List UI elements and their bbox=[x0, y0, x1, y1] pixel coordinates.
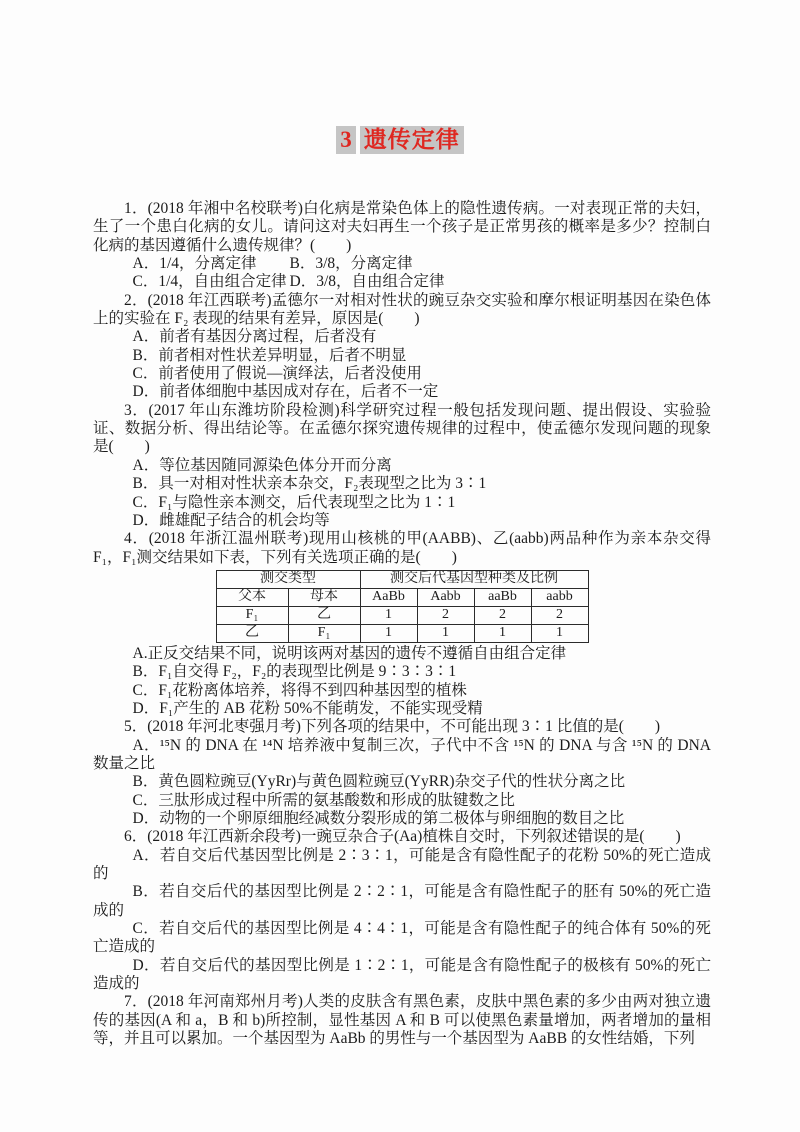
table-header: AaBb bbox=[360, 588, 417, 606]
table-row: F₁ 乙 1 2 2 2 bbox=[216, 606, 588, 624]
question-1-stem: 1．(2018 年湘中名校联考)白化病是常染色体上的隐性遗传病。一对表现正常的夫… bbox=[93, 200, 711, 255]
question-3-option-c: C．F₁与隐性亲本测交，后代表现型之比为 1∶1 bbox=[93, 494, 711, 512]
table-header: aabb bbox=[531, 588, 588, 606]
table-group-header: 测交类型 bbox=[216, 570, 360, 588]
question-2: 2．(2018 年江西联考)孟德尔一对相对性状的豌豆杂交实验和摩尔根证明基因在染… bbox=[93, 292, 711, 402]
table-cell: 2 bbox=[417, 606, 474, 624]
question-6-stem: 6．(2018 年江西新余段考)一豌豆杂合子(Aa)植株自交时，下列叙述错误的是… bbox=[93, 828, 711, 846]
question-4-option-d: D．F₁产生的 AB 花粉 50%不能萌发，不能实现受精 bbox=[93, 700, 711, 718]
table-cell: 乙 bbox=[216, 624, 288, 642]
table-header: 父本 bbox=[216, 588, 288, 606]
question-1-option-b: B．3/8，分离定律 bbox=[290, 255, 413, 272]
question-6-option-a: A．若自交后代基因型比例是 2∶3∶1，可能是含有隐性配子的花粉 50%的死亡造… bbox=[93, 847, 711, 884]
question-2-stem: 2．(2018 年江西联考)孟德尔一对相对性状的豌豆杂交实验和摩尔根证明基因在染… bbox=[93, 292, 711, 329]
question-6-option-d: D．若自交后代的基因型比例是 1∶2∶1，可能是含有隐性配子的极核有 50%的死… bbox=[93, 957, 711, 994]
table-header: Aabb bbox=[417, 588, 474, 606]
table-column-header-row: 父本 母本 AaBb Aabb aaBb aabb bbox=[216, 588, 588, 606]
question-3: 3．(2017 年山东潍坊阶段检测)科学研究过程一般包括发现问题、提出假设、实验… bbox=[93, 402, 711, 530]
table-cell: 1 bbox=[474, 624, 531, 642]
table-cell: 1 bbox=[360, 624, 417, 642]
table-cell: 2 bbox=[531, 606, 588, 624]
question-5-option-a: A．¹⁵N 的 DNA 在 ¹⁴N 培养液中复制三次，子代中不含 ¹⁵N 的 D… bbox=[93, 737, 711, 774]
question-3-option-d: D．雌雄配子结合的机会均等 bbox=[93, 512, 711, 530]
question-2-option-d: D．前者体细胞中基因成对存在，后者不一定 bbox=[93, 383, 711, 401]
question-5: 5．(2018 年河北枣强月考)下列各项的结果中，不可能出现 3∶1 比值的是(… bbox=[93, 718, 711, 828]
table-group-header: 测交后代基因型种类及比例 bbox=[360, 570, 588, 588]
question-3-option-b: B．具一对相对性状亲本杂交，F₂表现型之比为 3∶1 bbox=[93, 475, 711, 493]
table-cell: 1 bbox=[531, 624, 588, 642]
question-3-stem: 3．(2017 年山东潍坊阶段检测)科学研究过程一般包括发现问题、提出假设、实验… bbox=[93, 402, 711, 457]
table-cell: F₁ bbox=[216, 606, 288, 624]
title-number: 3 bbox=[336, 126, 356, 154]
table-cell: 1 bbox=[360, 606, 417, 624]
question-2-option-c: C．前者使用了假说—演绎法，后者没使用 bbox=[93, 365, 711, 383]
table-group-header-row: 测交类型 测交后代基因型种类及比例 bbox=[216, 570, 588, 588]
question-5-option-b: B．黄色圆粒豌豆(YyRr)与黄色圆粒豌豆(YyRR)杂交子代的性状分离之比 bbox=[93, 773, 711, 791]
question-4-option-b: B．F₁自交得 F₂，F₂的表现型比例是 9∶3∶3∶1 bbox=[93, 663, 711, 681]
table-row: 乙 F₁ 1 1 1 1 bbox=[216, 624, 588, 642]
table-cell: 1 bbox=[417, 624, 474, 642]
question-1: 1．(2018 年湘中名校联考)白化病是常染色体上的隐性遗传病。一对表现正常的夫… bbox=[93, 200, 711, 292]
question-1-option-row-2: C．1/4，自由组合定律D．3/8，自由组合定律 bbox=[93, 273, 711, 291]
question-1-option-c: C．1/4，自由组合定律 bbox=[133, 273, 290, 291]
question-2-option-b: B．前者相对性状差异明显，后者不明显 bbox=[93, 347, 711, 365]
table-cell: 2 bbox=[474, 606, 531, 624]
testcross-result-table: 测交类型 测交后代基因型种类及比例 父本 母本 AaBb Aabb aaBb a… bbox=[216, 570, 589, 643]
question-5-option-d: D．动物的一个卵原细胞经减数分裂形成的第二极体与卵细胞的数目之比 bbox=[93, 810, 711, 828]
question-2-option-a: A．前者有基因分离过程，后者没有 bbox=[93, 328, 711, 346]
question-6: 6．(2018 年江西新余段考)一豌豆杂合子(Aa)植株自交时，下列叙述错误的是… bbox=[93, 828, 711, 993]
table-cell: 乙 bbox=[288, 606, 360, 624]
question-1-option-d: D．3/8，自由组合定律 bbox=[290, 273, 445, 290]
worksheet-page: 3遗传定律 1．(2018 年湘中名校联考)白化病是常染色体上的隐性遗传病。一对… bbox=[0, 0, 800, 1132]
question-4-stem: 4．(2018 年浙江温州联考)现用山核桃的甲(AABB)、乙(aabb)两品种… bbox=[93, 530, 711, 567]
question-1-option-row-1: A．1/4，分离定律B．3/8，分离定律 bbox=[93, 255, 711, 273]
question-1-option-a: A．1/4，分离定律 bbox=[133, 255, 290, 273]
question-6-option-b: B．若自交后代的基因型比例是 2∶2∶1，可能是含有隐性配子的胚有 50%的死亡… bbox=[93, 883, 711, 920]
question-4-option-c: C．F₁花粉离体培养，将得不到四种基因型的植株 bbox=[93, 682, 711, 700]
table-header: 母本 bbox=[288, 588, 360, 606]
question-7-stem: 7．(2018 年河南郑州月考)人类的皮肤含有黑色素，皮肤中黑色素的多少由两对独… bbox=[93, 993, 711, 1048]
question-7: 7．(2018 年河南郑州月考)人类的皮肤含有黑色素，皮肤中黑色素的多少由两对独… bbox=[93, 993, 711, 1048]
question-5-stem: 5．(2018 年河北枣强月考)下列各项的结果中，不可能出现 3∶1 比值的是(… bbox=[93, 718, 711, 736]
document-body: 1．(2018 年湘中名校联考)白化病是常染色体上的隐性遗传病。一对表现正常的夫… bbox=[93, 200, 711, 1048]
table-cell: F₁ bbox=[288, 624, 360, 642]
question-5-option-c: C．三肽形成过程中所需的氨基酸数和形成的肽键数之比 bbox=[93, 792, 711, 810]
table-header: aaBb bbox=[474, 588, 531, 606]
question-3-option-a: A．等位基因随同源染色体分开而分离 bbox=[93, 457, 711, 475]
page-title: 3遗传定律 bbox=[0, 0, 800, 154]
title-text: 遗传定律 bbox=[360, 126, 464, 154]
question-4-option-a: A.正反交结果不同，说明该两对基因的遗传不遵循自由组合定律 bbox=[93, 645, 711, 663]
question-4: 4．(2018 年浙江温州联考)现用山核桃的甲(AABB)、乙(aabb)两品种… bbox=[93, 530, 711, 718]
question-6-option-c: C．若自交后代的基因型比例是 4∶4∶1，可能是含有隐性配子的纯合体有 50%的… bbox=[93, 920, 711, 957]
